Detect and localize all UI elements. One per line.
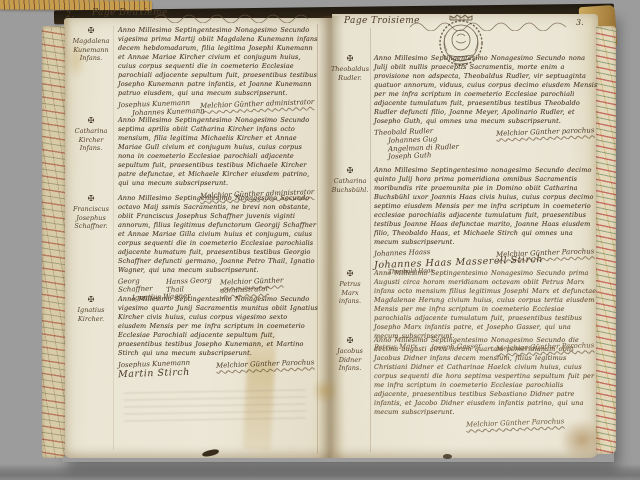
cross-icon: ✠ [330,166,370,175]
page-number-left: 2. [66,10,74,19]
priest-signature: Melchior Günther administrator [220,275,314,294]
entry-body: Anno Millesimo Septingentesimo Nonagesim… [118,295,318,358]
cross-icon: ✠ [68,26,114,35]
signature: Martin Stirch [118,367,190,380]
entry-body: Anno Millesimo Septingentesimo Nonagesim… [374,54,598,126]
margin-name: Catharina Kircher Infans. [68,127,114,153]
margin-name: Magdalena Kunemann Infans. [68,37,114,63]
register-entry: ✠ Catharina Buchsbühl. Anno Millesimo Se… [330,166,598,275]
flourish-line [152,13,312,23]
marbled-edge-left [42,26,65,458]
entry-body: Anno Millesimo Septingentesimo Nonagesim… [118,194,318,275]
entry-body: Anno Millesimo Septingentesimo Nonagesim… [118,26,318,98]
margin-name: Franciscus Josephus Schaffner. [68,205,114,231]
priest-signature: Melchior Günther Parochus [466,417,565,428]
margin-name: Jacobus Didner Infans. [330,347,370,373]
cross-icon: ✠ [68,194,114,203]
scanner-bed-shadow [0,464,640,480]
entry-body: Anno Millesimo Septingentesimo Nonagesim… [374,336,598,417]
entry-body: Anno Millesimo Septingentesimo Nonagesim… [118,116,318,188]
signature: Hanss Georg Thail [166,276,221,294]
page-number-right: 3. [576,18,584,27]
entry-body: Anno Millesimo Septingentesimo nonagesim… [374,166,598,247]
cross-icon: ✠ [330,54,370,63]
cross-icon: ✠ [330,269,370,278]
cross-icon: ✠ [68,295,114,304]
register-entry: ✠ Ignatius Kircher. Anno Millesimo Septi… [68,295,318,379]
register-entry: ✠ Theobaldus Rudler. Anno Millesimo Sept… [330,54,598,160]
margin-name: Petrus Marx infans. [330,280,370,306]
marbled-edge-right [596,26,616,454]
register-entry: ✠ Catharina Kircher Infans. Anno Millesi… [68,116,318,198]
cross-icon: ✠ [68,116,114,125]
signature: Georg Schaffner [118,276,166,294]
margin-name: Theobaldus Rudler. [330,65,370,82]
margin-name: Catharina Buchsbühl. [330,177,370,194]
cross-icon: ✠ [330,336,370,345]
register-entry: ✠ Jacobus Didner Infans. Anno Millesimo … [330,336,598,427]
scanned-register-spread: 2. Page Deuxieme Page Troisieme 3. ✠ Mag… [0,0,640,480]
margin-name: Ignatius Kircher. [68,306,114,323]
signature: Joseph Guth [388,151,432,161]
register-entry: ✠ Franciscus Josephus Schaffner. Anno Mi… [68,194,318,301]
entry-body: Anno Millesimo Septingentesimo Nonagesim… [374,269,598,341]
register-entry: ✠ Magdalena Kunemann Infans. Anno Milles… [68,26,318,116]
